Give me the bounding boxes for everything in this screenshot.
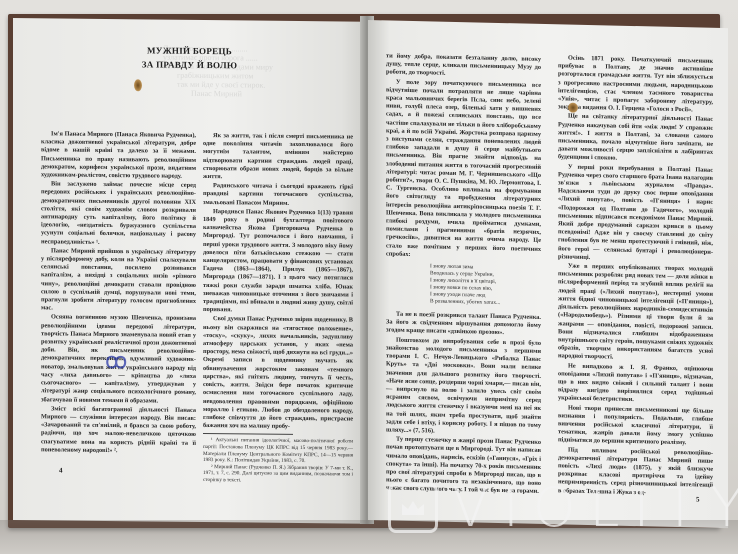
paper-stain: [568, 103, 578, 113]
paragraph: У перші роки перебування в Полтаві Панас…: [558, 163, 713, 265]
footnote: ² Мирний Панас (Рудченко П. Я.) Зібрання…: [203, 464, 353, 485]
paragraph: Не випадково ж І. Я. Франко, оцінюючи оп…: [558, 362, 713, 407]
paragraph: Свої думки Панас Рудченко звіряв щоденни…: [203, 315, 353, 431]
paragraph: Народився Панас Якович Рудченко 1(13) тр…: [203, 208, 353, 316]
footnotes: ¹ Актуальні питання ідеологічної, масово…: [203, 437, 353, 485]
article-title-line2: ЗА ПРАВДУ Й ВОЛЮ: [13, 58, 366, 72]
paragraph: Зміст всієї багатогранної діяльності Пан…: [41, 405, 196, 456]
poem-line: В розваленних, убогих хатах...: [430, 298, 541, 308]
watermark-text: VIOLITY: [452, 476, 738, 539]
poem-excerpt: І знову лютая зима Вподилась у серце Укр…: [430, 263, 541, 308]
paragraph: ти йому добра, показати безталанну долю,…: [386, 52, 541, 80]
paragraph: Радянського читача і сьогодні вражають г…: [203, 182, 353, 208]
paragraph: Як за життя, так і після смерті письменн…: [203, 132, 353, 183]
paragraph: Він заслужено займає почесне місце серед…: [41, 181, 196, 248]
ink-mark: ꝏ: [105, 349, 127, 374]
page-number-left: 4: [59, 466, 63, 474]
left-page-column-2: Як за життя, так і після смерті письменн…: [203, 132, 353, 485]
paragraph: Та не в поезії розкрився талант Панаса Р…: [386, 310, 541, 338]
paragraph: Панас Мирний прийшов в українську літера…: [41, 247, 196, 314]
right-page-column-2: Осінь 1871 року. Початкуючий письменник …: [558, 54, 713, 499]
paragraph: Нові твори принесли письменникові ще біл…: [558, 404, 713, 449]
article-title-line1: МУЖНІЙ БОРЕЦЬ: [13, 44, 366, 58]
footnote: ¹ Актуальні питання ідеологічної, масово…: [203, 437, 353, 465]
paragraph: Поштовхом до випробування себе в прозі б…: [386, 336, 541, 438]
footnote-divider: [203, 433, 293, 435]
paragraph: Уже в перших опублікованих творах молоди…: [558, 262, 713, 364]
right-page-column-1: ти йому добра, показати безталанну долю,…: [386, 52, 541, 497]
watermark: VIOLITY: [388, 476, 738, 539]
paragraph: Ім'я Панаса Мирного (Панаса Яковича Рудч…: [41, 130, 196, 181]
paper-stain: [134, 79, 142, 91]
right-page: ти йому добра, показати безталанну долю,…: [368, 20, 728, 528]
paragraph: У поле зору початкуючого письменника все…: [386, 78, 541, 262]
paragraph: Осінь 1871 року. Початкуючий письменник …: [558, 54, 713, 115]
left-page-column-1: Ім'я Панаса Мирного (Панаса Яковича Рудч…: [41, 130, 196, 457]
paragraph: Ще на світанку літературної діяльності П…: [558, 113, 713, 166]
crown-icon: [388, 483, 438, 533]
left-page: До довгого наступу ........ узлатимає пр…: [13, 18, 366, 524]
